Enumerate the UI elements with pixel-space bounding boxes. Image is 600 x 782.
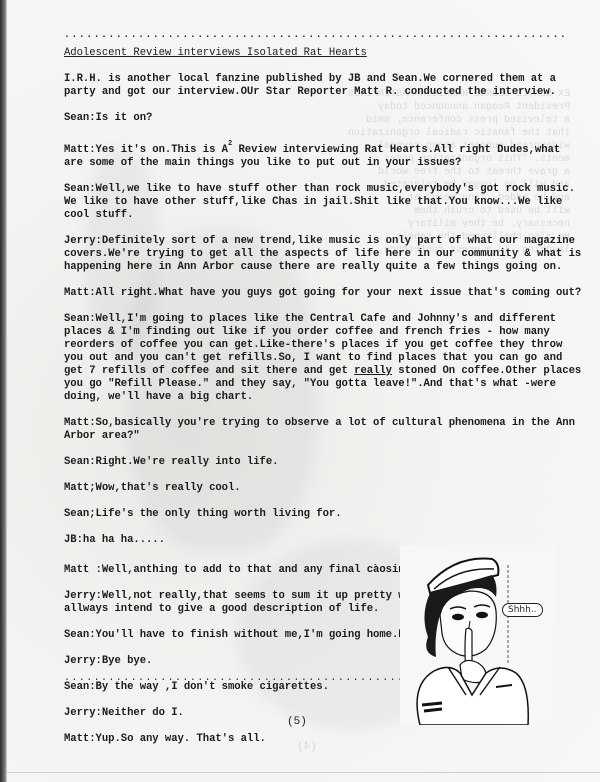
nurse-shushing-icon [400, 545, 555, 725]
exchange: Matt:So,basically you're trying to obser… [64, 417, 584, 443]
top-separator: ........................................… [64, 30, 564, 42]
exchange: Matt;Wow,that's really cool. [64, 482, 584, 495]
exchange: Matt:Yup.So any way. That's all. [64, 733, 584, 746]
exchange: Sean:Is it on? [64, 112, 584, 125]
exchange: Sean:Well,I'm going to places like the C… [64, 313, 584, 404]
bleed-through-page-number: (4) [297, 741, 317, 753]
exchange: Matt:All right.What have you guys got go… [64, 287, 584, 300]
intro-paragraph: I.R.H. is another local fanzine publishe… [64, 73, 584, 99]
exchange-text: Matt:Yes it's on.This is A [64, 144, 228, 156]
exchange: Sean;Life's the only thing worth living … [64, 508, 584, 521]
speech-bubble: Shhh.. [502, 603, 543, 617]
exchange: Jerry:Definitely sort of a new trend,lik… [64, 235, 584, 274]
exchange: Sean:Right.We're really into life. [64, 456, 584, 469]
page-number: (5) [287, 716, 307, 728]
article-title: Adolescent Review interviews Isolated Ra… [64, 47, 584, 60]
exchange: Matt:Yes it's on.This is A2 Review inter… [64, 138, 584, 170]
exchange: Sean:Well,we like to have stuff other th… [64, 183, 584, 222]
scan-edge [0, 0, 7, 782]
underlined-word: really [354, 365, 392, 377]
scan-edge-bottom [7, 772, 600, 773]
